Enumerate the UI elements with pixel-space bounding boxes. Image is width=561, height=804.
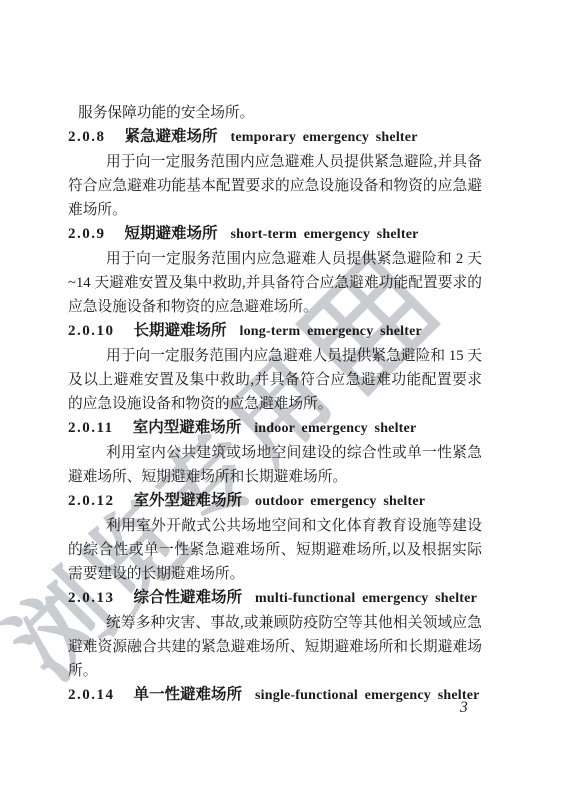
section-paragraph: 统筹多种灾害、事故,或兼顾防疫防空等其他相关领域应急避难资源融合共建的紧急避难场… <box>68 611 482 683</box>
section-heading: 2.0.13综合性避难场所multi-functional emergency … <box>68 586 482 611</box>
section-number: 2.0.8 <box>68 129 106 145</box>
page-number: 3 <box>460 699 468 717</box>
section-heading: 2.0.10长期避难场所long-term emergency shelter <box>68 319 482 344</box>
term-en: multi-functional emergency shelter <box>255 591 477 606</box>
section-paragraph: 用于向一定服务范围内应急避难人员提供紧急避险和 15 天及以上避难安置及集中救助… <box>68 344 482 416</box>
term-en: indoor emergency shelter <box>254 421 416 436</box>
page-content: 服务保障功能的安全场所。 2.0.8紧急避难场所temporary emerge… <box>68 101 482 708</box>
section-number: 2.0.10 <box>68 323 115 339</box>
term-en: short-term emergency shelter <box>231 227 419 242</box>
term-en: temporary emergency shelter <box>231 130 418 145</box>
section-paragraph: 用于向一定服务范围内应急避难人员提供紧急避险,并具备符合应急避难功能基本配置要求… <box>68 150 482 222</box>
term-zh: 单一性避难场所 <box>134 686 243 703</box>
term-zh: 紧急避难场所 <box>125 128 218 145</box>
section-heading: 2.0.8紧急避难场所temporary emergency shelter <box>68 125 482 150</box>
section-heading: 2.0.12室外型避难场所outdoor emergency shelter <box>68 489 482 514</box>
term-zh: 短期避难场所 <box>125 225 218 242</box>
section-paragraph: 利用室外开敞式公共场地空间和文化体育教育设施等建设的综合性或单一性紧急避难场所、… <box>68 514 482 586</box>
term-en: long-term emergency shelter <box>240 324 422 339</box>
section-paragraph: 用于向一定服务范围内应急避难人员提供紧急避险和 2 天~14 天避难安置及集中救… <box>68 247 482 319</box>
intro-line: 服务保障功能的安全场所。 <box>68 101 482 125</box>
term-zh: 室外型避难场所 <box>134 492 243 509</box>
term-en: outdoor emergency shelter <box>255 494 425 509</box>
section-heading: 2.0.11室内型避难场所indoor emergency shelter <box>68 416 482 441</box>
term-en: single-functional emergency shelter <box>255 688 480 703</box>
term-zh: 室内型避难场所 <box>133 419 242 436</box>
section-number: 2.0.9 <box>68 226 106 242</box>
term-zh: 综合性避难场所 <box>134 589 243 606</box>
section-number: 2.0.11 <box>68 420 114 436</box>
section-paragraph: 利用室内公共建筑或场地空间建设的综合性或单一性紧急避难场所、短期避难场所和长期避… <box>68 441 482 489</box>
section-number: 2.0.14 <box>68 687 115 703</box>
section-heading: 2.0.14单一性避难场所single-functional emergency… <box>68 683 482 708</box>
section-number: 2.0.12 <box>68 493 115 509</box>
section-number: 2.0.13 <box>68 590 115 606</box>
term-zh: 长期避难场所 <box>134 322 227 339</box>
section-heading: 2.0.9短期避难场所short-term emergency shelter <box>68 222 482 247</box>
document-page: 浏览专用 服务保障功能的安全场所。 2.0.8紧急避难场所temporary e… <box>0 0 561 804</box>
